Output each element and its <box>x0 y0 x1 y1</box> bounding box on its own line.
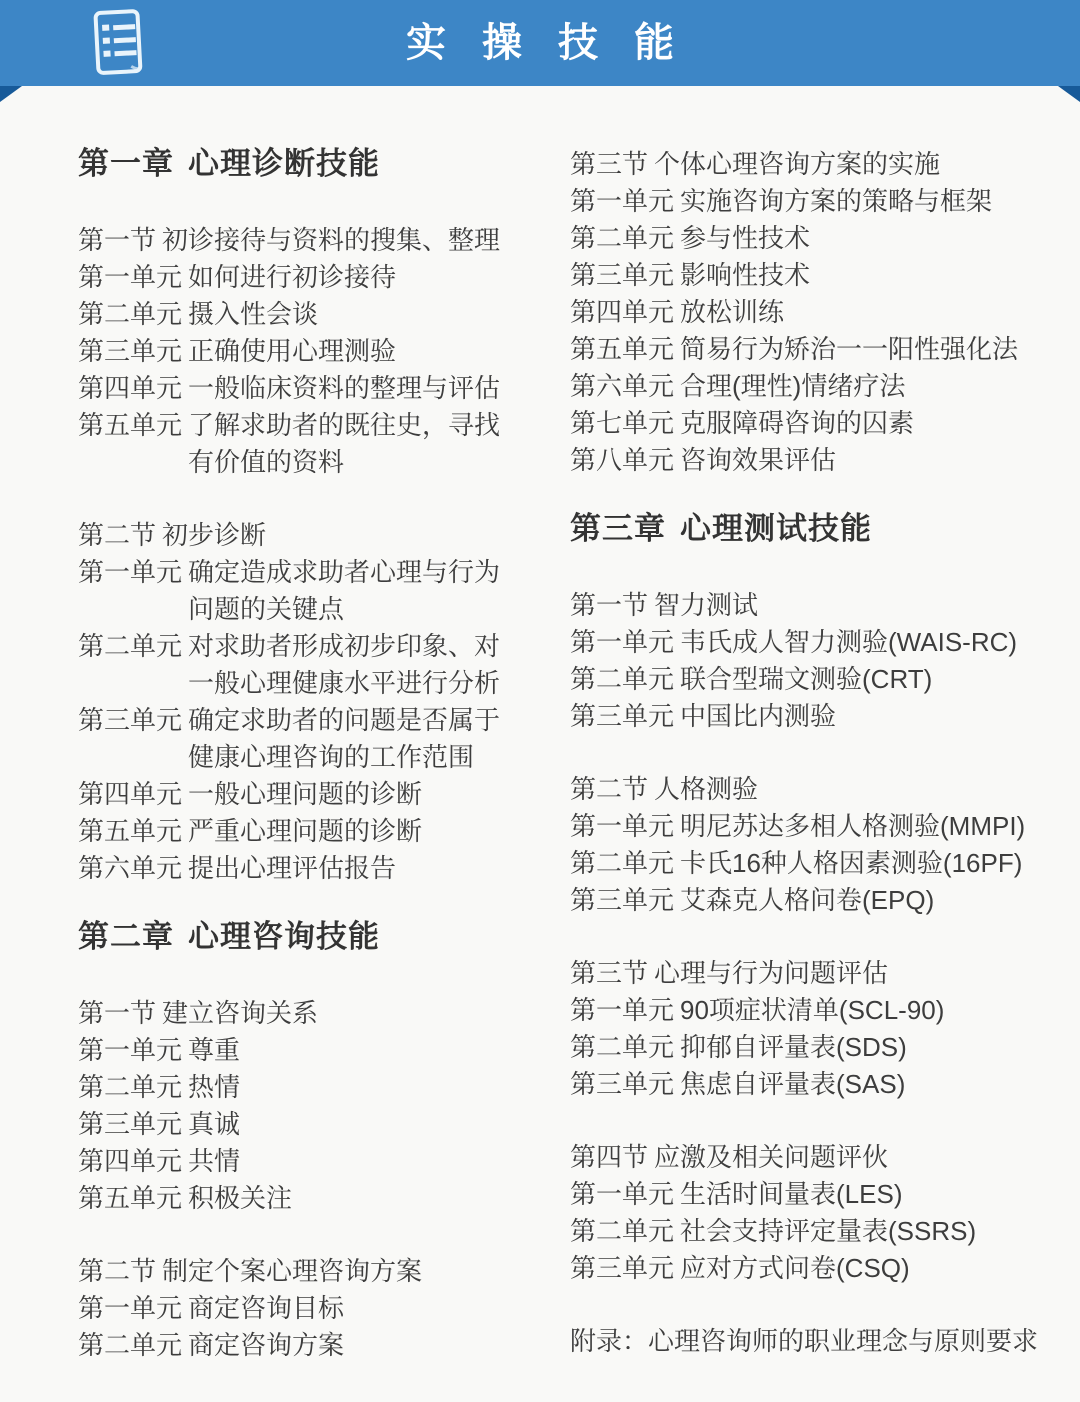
entry-label: 第一单元 <box>570 627 674 657</box>
entry-text: 应对方式问卷(CSQ) <box>680 1253 910 1283</box>
entry-text: 实施咨询方案的策略与框架 <box>680 186 992 216</box>
entry-text: 中国比内测验 <box>680 701 836 731</box>
entry-text: 正确使用心理测验 <box>188 336 396 366</box>
toc-entry-unit: 第四单元一般临床资料的整理与评估 <box>78 370 532 407</box>
entry-text: 生活时间量表(LES) <box>680 1179 902 1209</box>
entry-text: 焦虑自评量表(SAS) <box>680 1069 905 1099</box>
toc-entry-unit: 第四单元一般心理问题的诊断 <box>78 776 532 813</box>
entry-text: 真诚 <box>188 1109 240 1139</box>
toc-entry-unit: 第三单元应对方式问卷(CSQ) <box>570 1250 1072 1287</box>
entry-label: 第二单元 <box>78 299 182 329</box>
toc-entry-unit: 第四单元共情 <box>78 1143 532 1180</box>
toc-entry-chapter: 第一章心理诊断技能 <box>78 142 532 186</box>
entry-text: 合理(理性)情绪疗法 <box>680 371 905 401</box>
entry-text: 了解求助者的既往史，寻找 有价值的资料 <box>188 410 500 477</box>
entry-text: 卡氏16种人格因素测验(16PF) <box>680 848 1022 878</box>
toc-entry-unit: 第二单元社会支持评定量表(SSRS) <box>570 1213 1072 1250</box>
toc-entry-section: 第二节人格测验 <box>570 771 1072 808</box>
entry-label: 第四节 <box>570 1142 648 1172</box>
toc-entry-unit: 第二单元热情 <box>78 1069 532 1106</box>
toc-entry-unit: 第七单元克服障碍咨询的囚素 <box>570 405 1072 442</box>
entry-text: 社会支持评定量表(SSRS) <box>680 1216 976 1246</box>
header-banner: 实操技能 <box>0 0 1080 86</box>
toc-entry-unit: 第六单元合理(理性)情绪疗法 <box>570 368 1072 405</box>
entry-text: 放松训练 <box>680 297 784 327</box>
entry-label: 第二单元 <box>570 1032 674 1062</box>
entry-label: 第二单元 <box>78 631 182 661</box>
toc-entry-unit: 第五单元积极关注 <box>78 1180 532 1217</box>
toc-entry-section: 第二节制定个案心理咨询方案 <box>78 1253 532 1290</box>
entry-label: 第一单元 <box>570 1179 674 1209</box>
entry-text: 参与性技术 <box>680 223 810 253</box>
entry-text: 人格测验 <box>654 774 758 804</box>
toc-entry-unit: 第五单元简易行为矫治一一阳性强化法 <box>570 331 1072 368</box>
entry-label: 第五单元 <box>78 816 182 846</box>
entry-label: 第一单元 <box>570 186 674 216</box>
entry-text: 心理咨询师的职业理念与原则要求 <box>648 1326 1038 1356</box>
entry-text: 制定个案心理咨询方案 <box>162 1256 422 1286</box>
entry-label: 第二节 <box>78 520 156 550</box>
entry-label: 第三单元 <box>570 885 674 915</box>
toc-entry-section: 第三节个体心理咨询方案的实施 <box>570 146 1072 183</box>
toc-entry-unit: 第五单元了解求助者的既往史，寻找 有价值的资料 <box>78 407 532 481</box>
entry-label: 第二单元 <box>570 848 674 878</box>
entry-label: 第一章 <box>78 146 174 181</box>
toc-entry-chapter: 第二章心理咨询技能 <box>78 915 532 959</box>
entry-text: 共情 <box>188 1146 240 1176</box>
entry-label: 第五单元 <box>78 1183 182 1213</box>
toc-entry-unit: 第一单元商定咨询目标 <box>78 1290 532 1327</box>
entry-text: 克服障碍咨询的囚素 <box>680 408 914 438</box>
entry-text: 心理与行为问题评估 <box>654 958 888 988</box>
toc-entry-unit: 第三单元焦虑自评量表(SAS) <box>570 1066 1072 1103</box>
entry-text: 一般心理问题的诊断 <box>188 779 422 809</box>
entry-text: 艾森克人格问卷(EPQ) <box>680 885 934 915</box>
entry-label: 第三单元 <box>78 705 182 735</box>
toc-entry-section: 第二节初步诊断 <box>78 517 532 554</box>
entry-text: 明尼苏达多相人格测验(MMPI) <box>680 811 1025 841</box>
entry-label: 第二单元 <box>570 1216 674 1246</box>
entry-label: 第四单元 <box>78 779 182 809</box>
toc-entry-unit: 第三单元艾森克人格问卷(EPQ) <box>570 882 1072 919</box>
entry-text: 心理诊断技能 <box>188 146 380 181</box>
toc-entry-unit: 第二单元参与性技术 <box>570 220 1072 257</box>
toc-entry-unit: 第二单元卡氏16种人格因素测验(16PF) <box>570 845 1072 882</box>
entry-label: 第三单元 <box>78 1109 182 1139</box>
entry-text: 提出心理评估报告 <box>188 853 396 883</box>
toc-entry-unit: 第一单元生活时间量表(LES) <box>570 1176 1072 1213</box>
entry-label: 第五单元 <box>78 410 182 440</box>
toc-entry-appendix: 附录：心理咨询师的职业理念与原则要求 <box>570 1323 1072 1360</box>
toc-entry-unit: 第八单元咨询效果评估 <box>570 442 1072 479</box>
entry-label: 附录： <box>570 1326 648 1356</box>
toc-entry-unit: 第二单元对求助者形成初步印象、对 一般心理健康水平进行分析 <box>78 628 532 702</box>
entry-label: 第一节 <box>570 590 648 620</box>
entry-text: 尊重 <box>188 1035 240 1065</box>
toc: 第一章心理诊断技能第一节初诊接待与资料的搜集、整理第一单元如何进行初诊接待第二单… <box>0 86 1080 1364</box>
entry-text: 个体心理咨询方案的实施 <box>654 149 940 179</box>
entry-label: 第八单元 <box>570 445 674 475</box>
entry-label: 第三单元 <box>78 336 182 366</box>
toc-entry-unit: 第一单元如何进行初诊接待 <box>78 259 532 296</box>
entry-label: 第二章 <box>78 919 174 954</box>
toc-column-left: 第一章心理诊断技能第一节初诊接待与资料的搜集、整理第一单元如何进行初诊接待第二单… <box>0 86 540 1364</box>
entry-label: 第一单元 <box>78 1035 182 1065</box>
entry-label: 第三单元 <box>570 701 674 731</box>
toc-entry-unit: 第三单元中国比内测验 <box>570 698 1072 735</box>
entry-label: 第三单元 <box>570 1069 674 1099</box>
entry-text: 影响性技术 <box>680 260 810 290</box>
toc-entry-unit: 第一单元韦氏成人智力测验(WAIS-RC) <box>570 624 1072 661</box>
entry-label: 第一节 <box>78 998 156 1028</box>
entry-label: 第一节 <box>78 225 156 255</box>
toc-column-right: 第三节个体心理咨询方案的实施第一单元实施咨询方案的策略与框架第二单元参与性技术第… <box>540 86 1080 1364</box>
page-title: 实操技能 <box>0 0 1080 86</box>
entry-label: 第二节 <box>570 774 648 804</box>
entry-label: 第七单元 <box>570 408 674 438</box>
entry-label: 第一单元 <box>570 811 674 841</box>
entry-label: 第四单元 <box>78 373 182 403</box>
entry-label: 第三单元 <box>570 260 674 290</box>
entry-text: 咨询效果评估 <box>680 445 836 475</box>
entry-text: 应激及相关问题评伙 <box>654 1142 888 1172</box>
entry-label: 第六单元 <box>570 371 674 401</box>
toc-entry-unit: 第四单元放松训练 <box>570 294 1072 331</box>
entry-label: 第一单元 <box>78 557 182 587</box>
page: { "header": { "title": "实操技能", "icon": "… <box>0 0 1080 1402</box>
toc-entry-unit: 第三单元影响性技术 <box>570 257 1072 294</box>
toc-entry-unit: 第一单元确定造成求助者心理与行为 问题的关键点 <box>78 554 532 628</box>
entry-text: 联合型瑞文测验(CRT) <box>680 664 932 694</box>
entry-text: 韦氏成人智力测验(WAIS-RC) <box>680 627 1017 657</box>
entry-label: 第三单元 <box>570 1253 674 1283</box>
entry-text: 初诊接待与资料的搜集、整理 <box>162 225 500 255</box>
entry-label: 第二单元 <box>570 664 674 694</box>
entry-label: 第三节 <box>570 149 648 179</box>
entry-label: 第一单元 <box>78 262 182 292</box>
toc-entry-unit: 第二单元商定咨询方案 <box>78 1327 532 1364</box>
toc-entry-unit: 第五单元严重心理问题的诊断 <box>78 813 532 850</box>
entry-label: 第六单元 <box>78 853 182 883</box>
entry-text: 严重心理问题的诊断 <box>188 816 422 846</box>
entry-label: 第二单元 <box>78 1330 182 1360</box>
toc-entry-unit: 第三单元确定求助者的问题是否属于 健康心理咨询的工作范围 <box>78 702 532 776</box>
toc-entry-unit: 第六单元提出心理评估报告 <box>78 850 532 887</box>
entry-text: 智力测试 <box>654 590 758 620</box>
entry-text: 初步诊断 <box>162 520 266 550</box>
toc-entry-unit: 第一单元明尼苏达多相人格测验(MMPI) <box>570 808 1072 845</box>
entry-text: 一般临床资料的整理与评估 <box>188 373 500 403</box>
toc-entry-section: 第一节智力测试 <box>570 587 1072 624</box>
entry-label: 第三节 <box>570 958 648 988</box>
entry-text: 简易行为矫治一一阳性强化法 <box>680 334 1018 364</box>
toc-entry-unit: 第一单元实施咨询方案的策略与框架 <box>570 183 1072 220</box>
entry-text: 热情 <box>188 1072 240 1102</box>
entry-text: 如何进行初诊接待 <box>188 262 396 292</box>
entry-label: 第二单元 <box>570 223 674 253</box>
entry-text: 确定造成求助者心理与行为 问题的关键点 <box>188 557 500 624</box>
entry-text: 心理咨询技能 <box>188 919 380 954</box>
toc-entry-unit: 第二单元联合型瑞文测验(CRT) <box>570 661 1072 698</box>
toc-entry-unit: 第三单元正确使用心理测验 <box>78 333 532 370</box>
entry-text: 抑郁自评量表(SDS) <box>680 1032 907 1062</box>
entry-label: 第二单元 <box>78 1072 182 1102</box>
entry-label: 第三章 <box>570 511 666 546</box>
toc-entry-unit: 第三单元真诚 <box>78 1106 532 1143</box>
entry-label: 第五单元 <box>570 334 674 364</box>
toc-entry-section: 第一节建立咨询关系 <box>78 995 532 1032</box>
toc-entry-section: 第四节应激及相关问题评伙 <box>570 1139 1072 1176</box>
toc-entry-unit: 第二单元抑郁自评量表(SDS) <box>570 1029 1072 1066</box>
entry-text: 建立咨询关系 <box>162 998 318 1028</box>
toc-entry-section: 第一节初诊接待与资料的搜集、整理 <box>78 222 532 259</box>
entry-text: 商定咨询方案 <box>188 1330 344 1360</box>
entry-text: 确定求助者的问题是否属于 健康心理咨询的工作范围 <box>188 705 500 772</box>
toc-entry-unit: 第一单元90项症状清单(SCL-90) <box>570 992 1072 1029</box>
entry-label: 第一单元 <box>78 1293 182 1323</box>
entry-text: 90项症状清单(SCL-90) <box>680 995 944 1025</box>
entry-text: 商定咨询目标 <box>188 1293 344 1323</box>
toc-entry-unit: 第二单元摄入性会谈 <box>78 296 532 333</box>
entry-label: 第四单元 <box>570 297 674 327</box>
entry-label: 第四单元 <box>78 1146 182 1176</box>
entry-label: 第二节 <box>78 1256 156 1286</box>
entry-label: 第一单元 <box>570 995 674 1025</box>
entry-text: 对求助者形成初步印象、对 一般心理健康水平进行分析 <box>188 631 500 698</box>
toc-entry-section: 第三节心理与行为问题评估 <box>570 955 1072 992</box>
entry-text: 积极关注 <box>188 1183 292 1213</box>
toc-entry-unit: 第一单元尊重 <box>78 1032 532 1069</box>
entry-text: 心理测试技能 <box>680 511 872 546</box>
entry-text: 摄入性会谈 <box>188 299 318 329</box>
toc-entry-chapter: 第三章心理测试技能 <box>570 507 1072 551</box>
